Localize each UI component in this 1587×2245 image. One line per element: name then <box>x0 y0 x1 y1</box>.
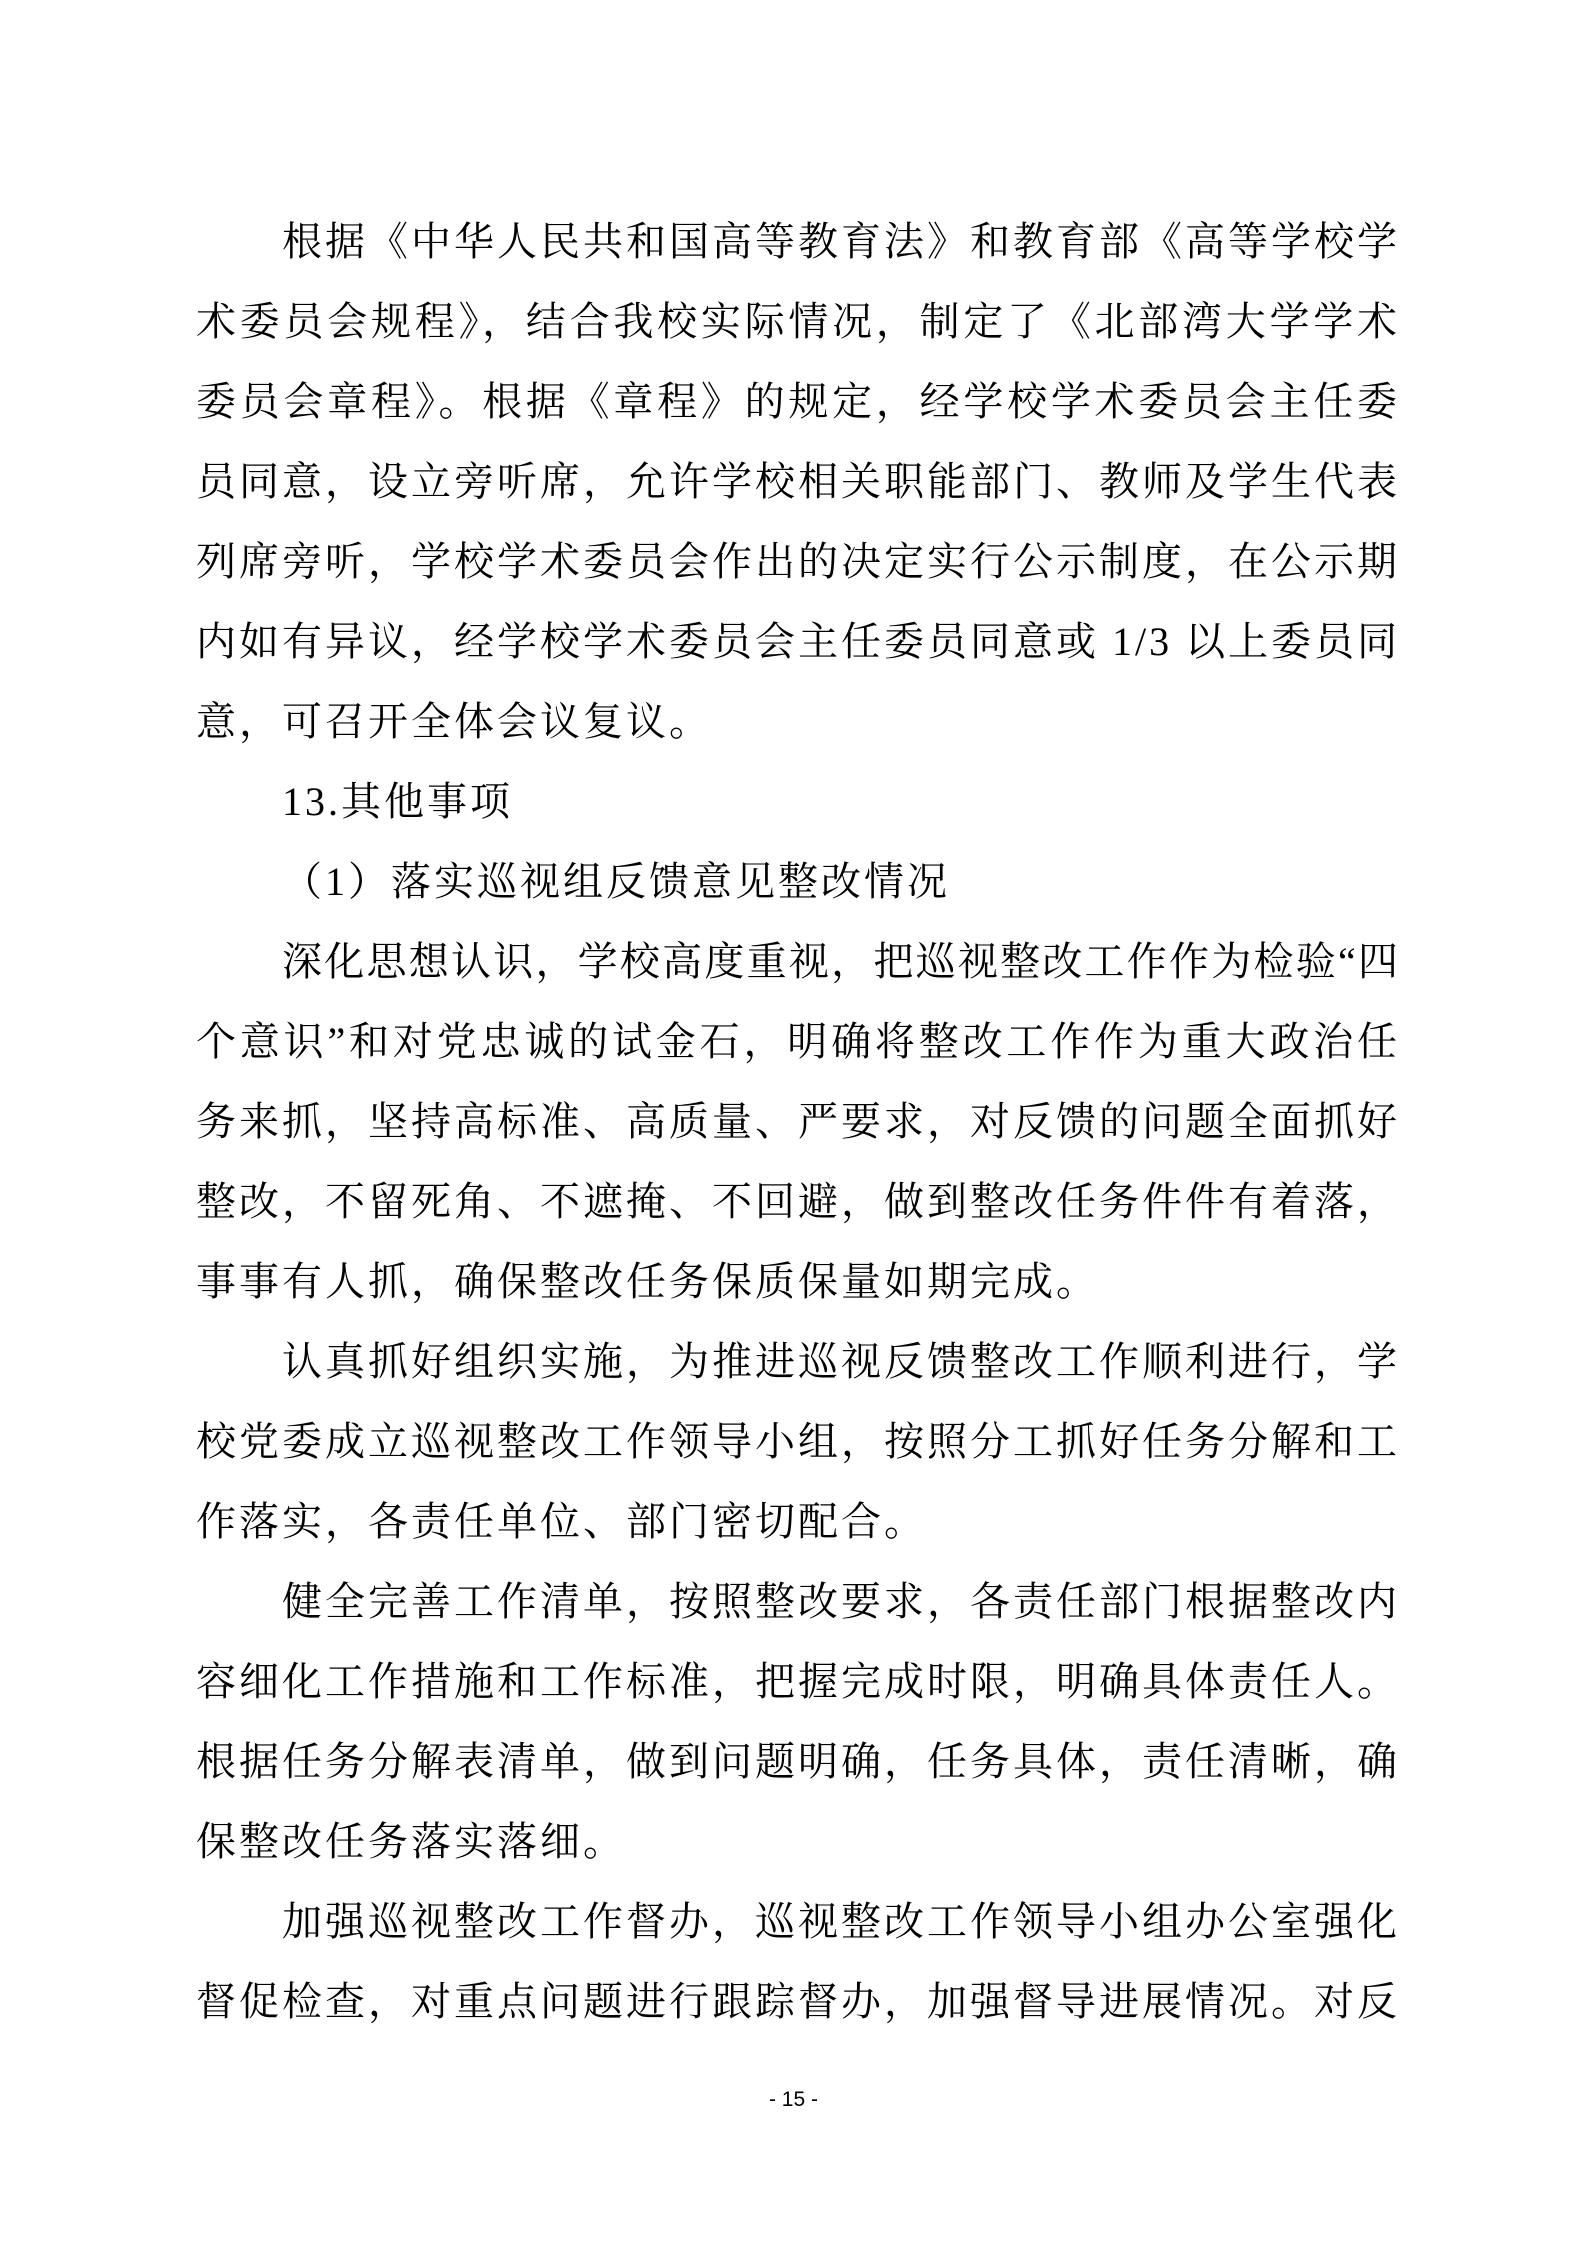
text-line: 根据任务分解表清单，做到问题明确，任务具体，责任清晰，确 <box>196 1722 1400 1802</box>
paragraph-deepen-understanding: 深化思想认识，学校高度重视，把巡视整改工作作为检验“四 个意识”和对党忠诚的试金… <box>196 922 1400 1322</box>
text-line: 健全完善工作清单，按照整改要求，各责任部门根据整改内 <box>196 1562 1400 1642</box>
section-heading: 13.其他事项 <box>196 762 1400 842</box>
text-line: 事事有人抓，确保整改任务保质保量如期完成。 <box>196 1242 1400 1322</box>
text-line: 校党委成立巡视整改工作领导小组，按照分工抓好任务分解和工 <box>196 1402 1400 1482</box>
paragraph-academic-committee: 根据《中华人民共和国高等教育法》和教育部《高等学校学 术委员会规程》，结合我校实… <box>196 202 1400 762</box>
text-line: 根据《中华人民共和国高等教育法》和教育部《高等学校学 <box>196 202 1400 282</box>
subsection-heading: （1）落实巡视组反馈意见整改情况 <box>196 842 1400 922</box>
text-line: 术委员会规程》，结合我校实际情况，制定了《北部湾大学学术 <box>196 282 1400 362</box>
text-line: 个意识”和对党忠诚的试金石，明确将整改工作作为重大政治任 <box>196 1002 1400 1082</box>
text-line: 整改，不留死角、不遮掩、不回避，做到整改任务件件有着落， <box>196 1162 1400 1242</box>
subsection-heading-text: （1）落实巡视组反馈意见整改情况 <box>196 842 1400 922</box>
text-line: 容细化工作措施和工作标准，把握完成时限，明确具体责任人。 <box>196 1642 1400 1722</box>
section-heading-text: 13.其他事项 <box>196 762 1400 842</box>
text-line: 意，可召开全体会议复议。 <box>196 682 1400 762</box>
document-body: 根据《中华人民共和国高等教育法》和教育部《高等学校学 术委员会规程》，结合我校实… <box>196 202 1400 2042</box>
text-line: 保整改任务落实落细。 <box>196 1802 1400 1882</box>
text-line: 委员会章程》。根据《章程》的规定，经学校学术委员会主任委 <box>196 362 1400 442</box>
text-line: 作落实，各责任单位、部门密切配合。 <box>196 1482 1400 1562</box>
text-line: 认真抓好组织实施，为推进巡视反馈整改工作顺利进行，学 <box>196 1322 1400 1402</box>
text-line: 深化思想认识，学校高度重视，把巡视整改工作作为检验“四 <box>196 922 1400 1002</box>
paragraph-supervision: 加强巡视整改工作督办，巡视整改工作领导小组办公室强化 督促检查，对重点问题进行跟… <box>196 1882 1400 2042</box>
paragraph-organize-implementation: 认真抓好组织实施，为推进巡视反馈整改工作顺利进行，学 校党委成立巡视整改工作领导… <box>196 1322 1400 1562</box>
document-page: 根据《中华人民共和国高等教育法》和教育部《高等学校学 术委员会规程》，结合我校实… <box>0 0 1587 2245</box>
text-line: 加强巡视整改工作督办，巡视整改工作领导小组办公室强化 <box>196 1882 1400 1962</box>
text-line: 员同意，设立旁听席，允许学校相关职能部门、教师及学生代表 <box>196 442 1400 522</box>
text-line: 列席旁听，学校学术委员会作出的决定实行公示制度，在公示期 <box>196 522 1400 602</box>
page-number: - 15 - <box>0 2086 1587 2114</box>
text-line: 督促检查，对重点问题进行跟踪督办，加强督导进展情况。对反 <box>196 1962 1400 2042</box>
text-line: 内如有异议，经学校学术委员会主任委员同意或 1/3 以上委员同 <box>196 602 1400 682</box>
paragraph-work-checklist: 健全完善工作清单，按照整改要求，各责任部门根据整改内 容细化工作措施和工作标准，… <box>196 1562 1400 1882</box>
text-line: 务来抓，坚持高标准、高质量、严要求，对反馈的问题全面抓好 <box>196 1082 1400 1162</box>
